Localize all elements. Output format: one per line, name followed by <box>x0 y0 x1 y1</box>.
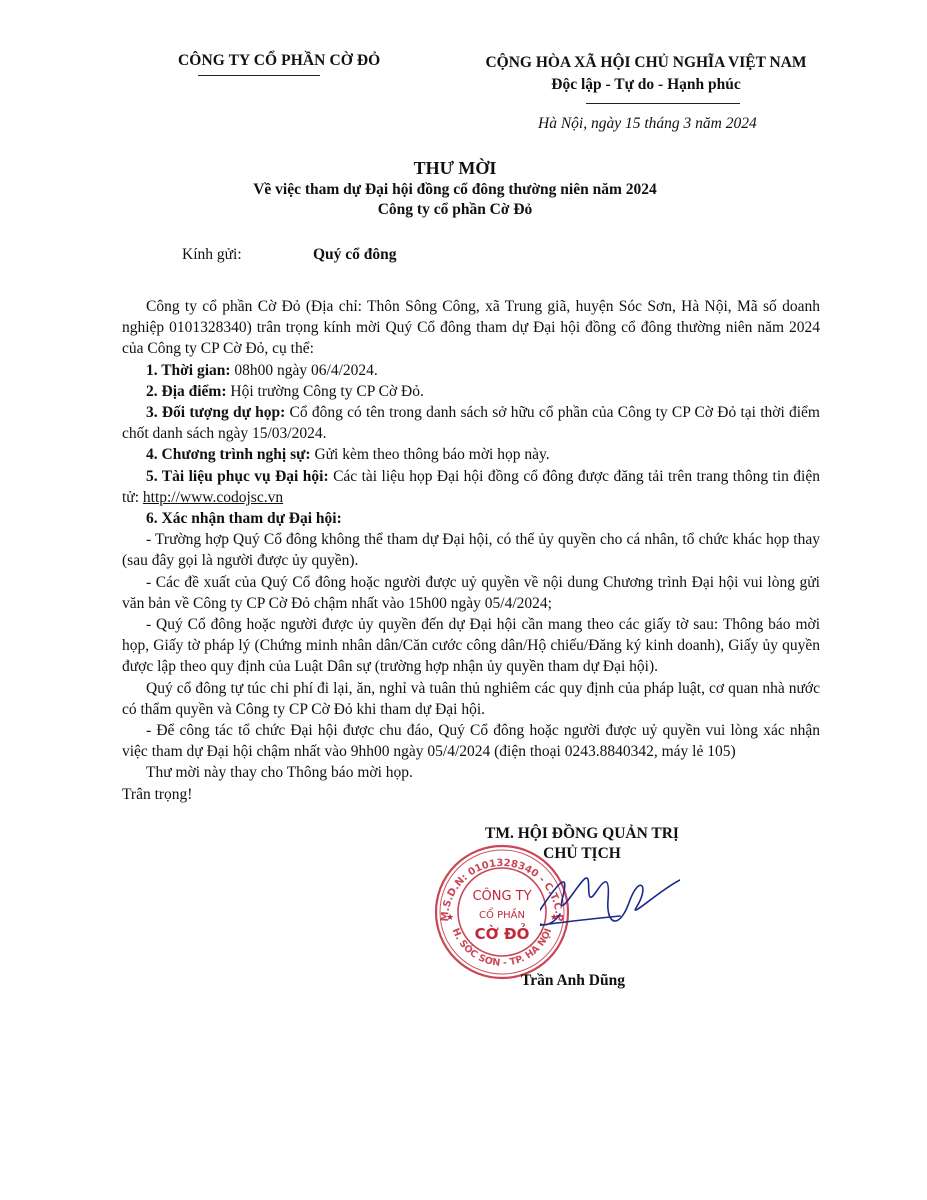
paragraph-proposals: - Các đề xuất của Quý Cổ đông hoặc người… <box>122 572 820 614</box>
item-label: 5. Tài liệu phục vụ Đại hội: <box>146 468 329 485</box>
item-label: 6. Xác nhận tham dự Đại hội: <box>146 510 342 527</box>
item-label: 4. Chương trình nghị sự: <box>146 446 311 463</box>
document-subtitle: Về việc tham dự Đại hội đồng cổ đông thư… <box>160 180 750 200</box>
letter-body: Công ty cổ phần Cờ Đỏ (Địa chỉ: Thôn Sôn… <box>122 296 820 805</box>
intro-paragraph: Công ty cổ phần Cờ Đỏ (Địa chỉ: Thôn Sôn… <box>122 296 820 360</box>
stamp-line2: CỔ PHẦN <box>479 906 525 921</box>
item-label: 1. Thời gian: <box>146 362 231 379</box>
company-underline <box>198 75 320 76</box>
greeting-recipient: Quý cổ đông <box>313 246 397 264</box>
document-title: THƯ MỜI <box>160 156 750 180</box>
nation-title: CỘNG HÒA XÃ HỘI CHỦ NGHĨA VIỆT NAM <box>466 52 826 74</box>
greeting-label: Kính gửi: <box>182 246 242 264</box>
item-text: Hội trường Công ty CP Cờ Đỏ. <box>227 383 424 400</box>
signer-name: Trần Anh Dũng <box>521 972 625 990</box>
national-header: CỘNG HÒA XÃ HỘI CHỦ NGHĨA VIỆT NAM Độc l… <box>466 52 826 96</box>
document-title-block: THƯ MỜI Về việc tham dự Đại hội đồng cổ … <box>160 156 750 220</box>
paragraph-expenses: Quý cổ đông tự túc chi phí đi lại, ăn, n… <box>122 678 820 720</box>
closing: Trân trọng! <box>122 784 820 805</box>
item-label: 2. Địa điểm: <box>146 383 227 400</box>
signature-org: TM. HỘI ĐỒNG QUẢN TRỊ <box>470 824 694 844</box>
item-text: 08h00 ngày 06/4/2024. <box>231 362 378 379</box>
item-documents: 5. Tài liệu phục vụ Đại hội: Các tài liệ… <box>122 466 820 508</box>
item-text: Gửi kèm theo thông báo mời họp này. <box>311 446 550 463</box>
item-label: 3. Đối tượng dự họp: <box>146 404 285 421</box>
item-time: 1. Thời gian: 08h00 ngày 06/4/2024. <box>122 360 820 381</box>
company-name: CÔNG TY CỔ PHẦN CỜ ĐỎ <box>178 52 380 70</box>
document-date: Hà Nội, ngày 15 tháng 3 năm 2024 <box>538 115 757 133</box>
item-confirmation: 6. Xác nhận tham dự Đại hội: <box>122 508 820 529</box>
svg-text:★: ★ <box>446 912 454 922</box>
item-agenda: 4. Chương trình nghị sự: Gửi kèm theo th… <box>122 444 820 465</box>
stamp-line3: CỜ ĐỎ <box>475 922 530 943</box>
document-company-subtitle: Công ty cổ phần Cờ Đỏ <box>160 200 750 220</box>
paragraph-documents-required: - Quý Cổ đông hoặc người được ủy quyền đ… <box>122 614 820 678</box>
item-attendees: 3. Đối tượng dự họp: Cổ đông có tên tron… <box>122 402 820 444</box>
paragraph-confirm-attendance: - Để công tác tổ chức Đại hội được chu đ… <box>122 720 820 762</box>
item-location: 2. Địa điểm: Hội trường Công ty CP Cờ Đỏ… <box>122 381 820 402</box>
motto-underline <box>586 103 740 104</box>
signature-icon <box>540 870 680 940</box>
website-link[interactable]: http://www.codojsc.vn <box>143 489 283 506</box>
paragraph-replaces-notice: Thư mời này thay cho Thông báo mời họp. <box>122 762 820 783</box>
paragraph-proxy: - Trường hợp Quý Cổ đông không thể tham … <box>122 529 820 571</box>
national-motto: Độc lập - Tự do - Hạnh phúc <box>466 74 826 96</box>
stamp-line1: CÔNG TY <box>472 888 531 904</box>
